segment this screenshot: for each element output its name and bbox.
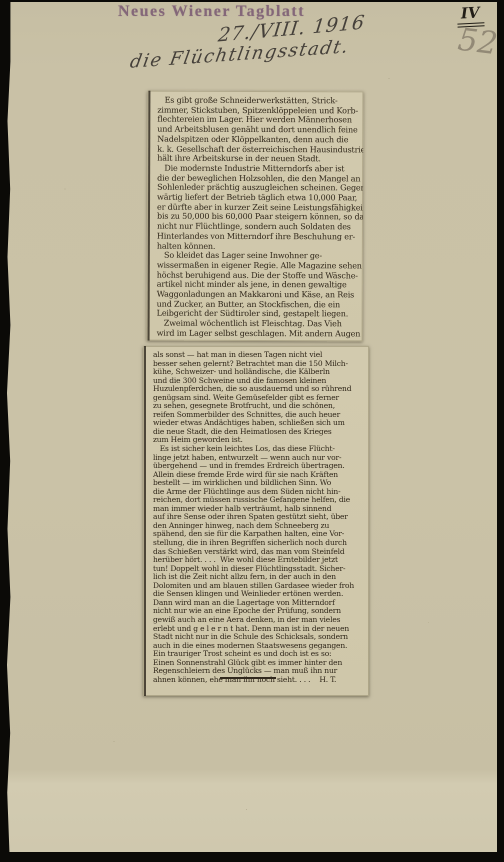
clipping-2-text: als sonst — hat man in diesen Tagen nich… xyxy=(144,346,369,696)
album-page: Neues Wiener Tagblatt 27./VIII. 1916 die… xyxy=(6,2,497,852)
clipping-1-text: Es gibt große Schneiderwerkstätten, Stri… xyxy=(148,91,364,342)
newspaper-clipping-2: als sonst — hat man in diesen Tagen nich… xyxy=(143,346,369,696)
text-line: Nadelspitzen oder Klöppelkanten, denn au… xyxy=(157,134,360,144)
text-line: hält ihre Arbeitskurse in der neuen Stad… xyxy=(157,154,360,164)
text-line: wird im Lager selbst geschlagen. Mit and… xyxy=(157,329,360,339)
text-line: Es gibt große Schneiderwerkstätten, Stri… xyxy=(157,96,360,106)
text-line: wärtig liefert der Betrieb täglich etwa … xyxy=(157,193,360,203)
article-end-rule xyxy=(220,677,276,679)
text-line: Die modernste Industrie Mitterndorfs abe… xyxy=(157,164,360,174)
text-line: Hinterlandes von Mitterndorf ihre Beschu… xyxy=(157,232,360,242)
text-line: nicht nur Flüchtlinge, sondern auch Sold… xyxy=(157,222,360,232)
text-line: und Arbeitsblusen genäht und dort unendl… xyxy=(157,125,360,135)
text-line: wissermaßen in eigener Regie. Alle Magaz… xyxy=(157,261,360,271)
scanned-page: Neues Wiener Tagblatt 27./VIII. 1916 die… xyxy=(0,0,504,862)
folio-number-pencil: 52 xyxy=(456,22,500,63)
newspaper-clipping-1: Es gibt große Schneiderwerkstätten, Stri… xyxy=(147,91,364,342)
text-line: Waggonladungen an Makkaroni und Käse, an… xyxy=(157,290,360,300)
text-line: Zweimal wöchentlich ist Fleischtag. Das … xyxy=(157,319,360,329)
